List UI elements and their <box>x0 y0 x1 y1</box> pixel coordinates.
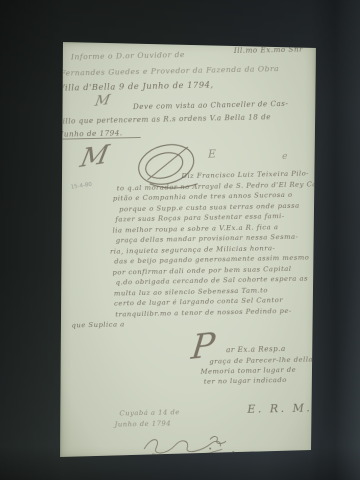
closing-line: Memoria tomar lugar de <box>200 366 296 376</box>
decree-line-3: Junho de 1794. <box>60 128 140 140</box>
paper-speck <box>232 451 234 453</box>
manuscript-page: Informe o D.or Ouvidor de Ill.mo Ex.mo S… <box>60 42 316 458</box>
body-line: tranquilibr.mo a tenor de nossos Pedindo… <box>115 307 292 319</box>
archival-pencil-note: 15-4-80 <box>70 182 92 191</box>
flourish-mark-1: E <box>208 147 217 160</box>
body-line: que Suplica a <box>71 320 124 329</box>
header-line-3: Villa d'Bella 9 de Junho de 1794, <box>58 79 213 92</box>
closing-line: ter no lugar indicado <box>204 376 287 386</box>
addressee-line: Ill.mo Ex.mo Snr <box>234 45 303 55</box>
flourish-mark-2: e <box>282 152 288 162</box>
dateline-line: Junho de 1794 <box>115 419 172 428</box>
paper-speck <box>209 448 211 450</box>
body-line: das e beijo pagando generosamente assim … <box>114 253 309 265</box>
signature-flourish <box>140 431 233 459</box>
dateline-line: Cuyabá a 14 de <box>119 408 180 417</box>
header-line-2: Fernandes Guedes e Provedor da Fazenda d… <box>60 64 279 78</box>
closing-line: graça de Parecer-lhe della <box>209 355 313 365</box>
closing-line: ar Ex.a Resp.a <box>226 344 286 354</box>
monogram-large: M <box>78 140 112 174</box>
body-line: certo de lugar é largando conta Sel Cant… <box>114 296 283 308</box>
body-line: graça dellas mandar provisionar nessa Se… <box>116 233 299 245</box>
decree-line-2: tillo que pertencerem as R.s ordens V.a … <box>59 112 271 125</box>
body-line: Diz Francisco Luiz Teixeira Pilo- <box>181 169 309 180</box>
decree-line-1: Deve com vista ao Chanceller de Cas- <box>133 99 289 111</box>
photograph-background: Informe o D.or Ouvidor de Ill.mo Ex.mo S… <box>0 0 360 480</box>
handwriting-layer: Informe o D.or Ouvidor de Ill.mo Ex.mo S… <box>56 39 321 460</box>
header-line-1: Informe o D.or Ouvidor de <box>71 50 185 61</box>
body-line: fazer suas Roças para Sustentar essa fam… <box>115 212 284 224</box>
petition-formula-ERM: E. R. M.ce <box>247 401 330 416</box>
monogram-small: M <box>94 92 112 110</box>
body-line: q.do obrigada cercando de Sal cohorte es… <box>116 274 309 286</box>
